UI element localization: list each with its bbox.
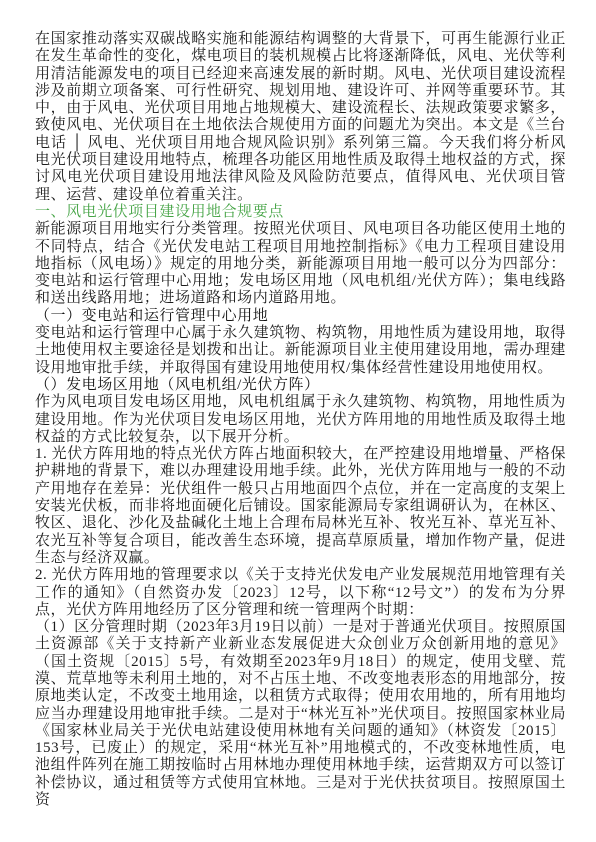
subsection-heading-substation-land: （一）变电站和运行管理中心用地: [35, 308, 566, 325]
power-generation-area-paragraph: 作为风电项目发电场区用地，风电机组属于永久建筑物、构筑物，用地性质为建设用地。作…: [35, 394, 566, 446]
substation-land-paragraph: 变电站和运行管理中心属于永久建筑物、构筑物，用地性质为建设用地，取得土地使用权主…: [35, 325, 566, 377]
pv-array-management-paragraph: 2. 光伏方阵用地的管理要求以《关于支持光伏发电产业发展规范用地管理有关工作的通…: [35, 567, 566, 619]
pv-array-features-paragraph: 1. 光伏方阵用地的特点光伏方阵占地面积较大，在严控建设用地增量、严格保护耕地的…: [35, 446, 566, 567]
intro-paragraph: 在国家推动落实双碳战略实施和能源结构调整的大背景下，可再生能源行业正在发生革命性…: [35, 31, 566, 204]
separate-management-period-paragraph: （1）区分管理时期（2023年3月19日以前）一是对于普通光伏项目。按照原国土资…: [35, 619, 566, 809]
section-heading-compliance-points: 一、风电光伏项目建设用地合规要点: [35, 204, 566, 221]
document-page: 在国家推动落实双碳战略实施和能源结构调整的大背景下，可再生能源行业正在发生革命性…: [0, 0, 596, 842]
subsection-heading-power-generation-area-land: （）发电场区用地（风电机组/光伏方阵）: [35, 377, 566, 394]
land-classification-paragraph: 新能源项目用地实行分类管理。按照光伏项目、风电项目各功能区使用土地的不同特点，结…: [35, 221, 566, 307]
